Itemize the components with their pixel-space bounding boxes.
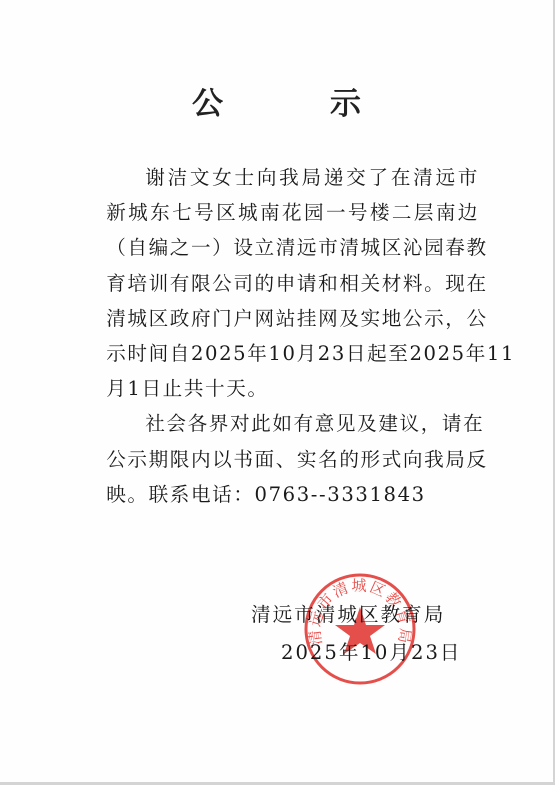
text-line: 育培训有限公司的申请和相关材料。现在	[67, 266, 479, 301]
document-body: 谢洁文女士向我局递交了在清远市 新城东七号区城南花园一号楼二层南边 （自编之一）…	[67, 160, 479, 512]
text-line: 谢洁文女士向我局递交了在清远市	[67, 160, 479, 195]
text-line: 社会各界对此如有意见及建议，请在	[67, 406, 479, 441]
text-line: 新城东七号区城南花园一号楼二层南边	[67, 195, 479, 230]
issue-date: 2025年10月23日	[251, 634, 462, 672]
paragraph-feedback: 社会各界对此如有意见及建议，请在 公示期限内以书面、实名的形式向我局反 映。联系…	[67, 406, 479, 512]
text-line: 清城区政府门户网站挂网及实地公示，公	[67, 301, 479, 336]
text-line: 示时间自2025年10月23日起至2025年11	[67, 336, 479, 371]
paragraph-application: 谢洁文女士向我局递交了在清远市 新城东七号区城南花园一号楼二层南边 （自编之一）…	[67, 160, 479, 406]
document-page: 公 示 谢洁文女士向我局递交了在清远市 新城东七号区城南花园一号楼二层南边 （自…	[0, 0, 555, 785]
contact-phone-line: 映。联系电话：0763--3331843	[67, 477, 479, 512]
document-title: 公 示	[0, 78, 553, 123]
issuing-organization: 清远市清城区教育局	[251, 603, 445, 626]
text-line: 月1日止共十天。	[67, 371, 479, 406]
text-line: 公示期限内以书面、实名的形式向我局反	[67, 442, 479, 477]
text-line: （自编之一）设立清远市清城区沁园春教	[67, 230, 479, 265]
signature-block: 清远市清城区教育局 2025年10月23日	[251, 596, 462, 672]
